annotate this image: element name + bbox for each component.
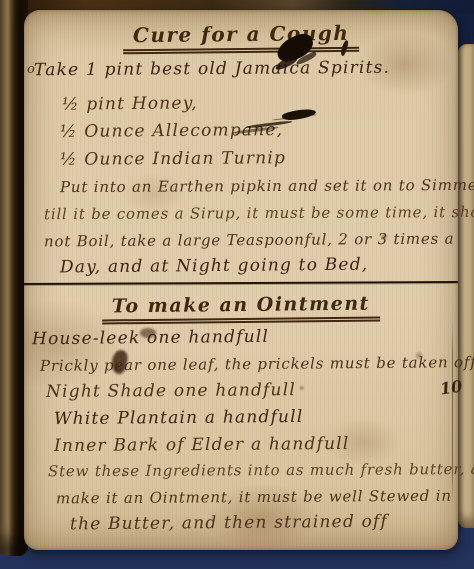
handwriting-line: the Butter, and then strained off	[70, 512, 388, 535]
ink-smear	[281, 107, 316, 123]
handwriting-line: Inner Bark of Elder a handfull	[54, 434, 350, 456]
handwriting-line: Stew these Ingredients into as much fres…	[48, 460, 474, 480]
handwriting-line: White Plantain a handfull	[54, 407, 304, 429]
manuscript-page: Cure for a Cough o Take 1 pint best old …	[24, 10, 458, 550]
facing-page-edge	[458, 44, 474, 528]
handwriting-line: Prickly pear one leaf, the prickels must…	[40, 353, 474, 375]
manuscript-photo: Cure for a Cough o Take 1 pint best old …	[0, 0, 474, 569]
ink-smudge	[140, 328, 156, 338]
handwriting-line: not Boil, take a large Teaspoonful, 2 or…	[44, 230, 455, 251]
handwriting-line: ½ pint Honey,	[62, 93, 198, 114]
handwriting-line: ½ Ounce Indian Turnip	[60, 148, 286, 170]
recipe-title-text: To make an Ointment	[102, 293, 380, 325]
handwriting-line: Day, and at Night going to Bed,	[60, 255, 369, 278]
recipe-title-to-make-an-ointment: To make an Ointment	[24, 294, 458, 323]
recipe-title-cure-for-a-cough: Cure for a Cough	[24, 22, 458, 53]
handwriting-line: Put into an Earthen pipkin and set it on…	[60, 176, 474, 196]
margin-note: 10	[439, 377, 464, 399]
handwriting-line: till it be comes a Sirup, it must be som…	[44, 203, 474, 223]
handwriting-line: make it an Ointment, it must be well Ste…	[56, 487, 452, 508]
section-divider-rule	[24, 281, 458, 285]
handwriting-line: Night Shade one handfull	[46, 380, 296, 402]
recipe-title-text: Cure for a Cough	[123, 21, 360, 54]
handwriting-line: ½ Ounce Allecompane,	[60, 120, 283, 142]
handwriting-line: Take 1 pint best old Jamaica Spirits.	[34, 58, 390, 80]
